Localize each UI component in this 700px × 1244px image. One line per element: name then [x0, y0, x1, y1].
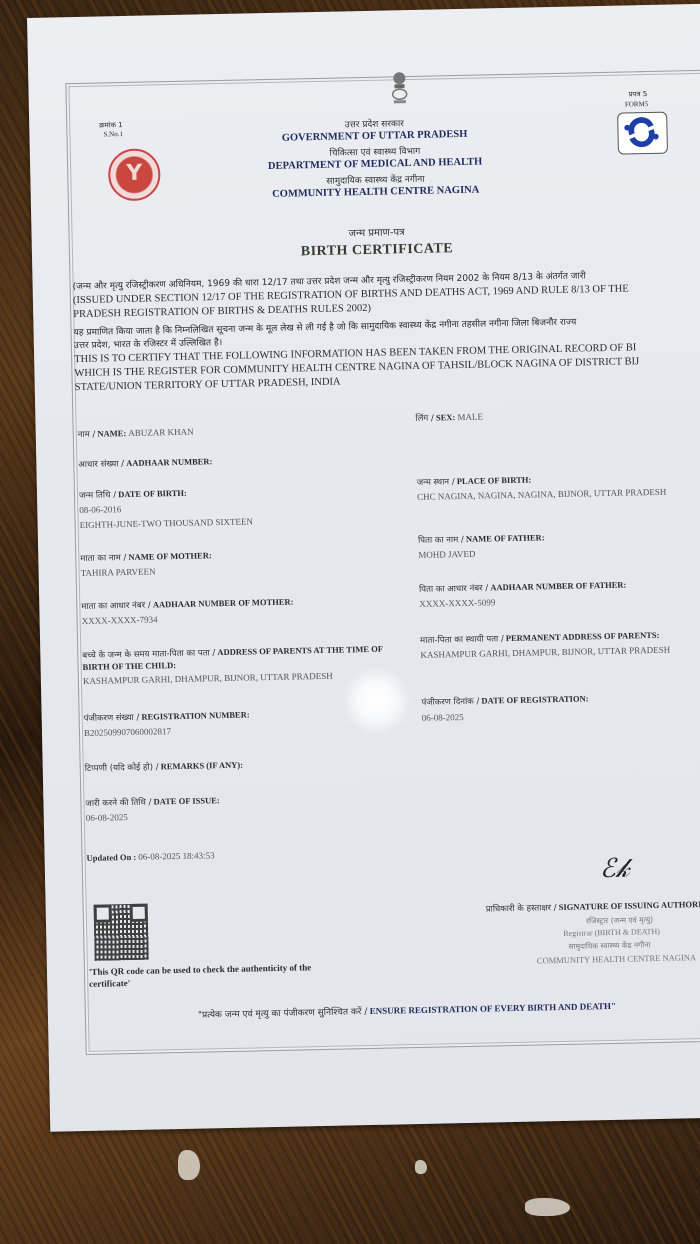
father-aadhaar-label-en: AADHAAR NUMBER OF FATHER: — [490, 580, 626, 593]
sex-label: SEX: — [436, 412, 456, 422]
aadhaar-label: AADHAAR NUMBER: — [126, 456, 212, 468]
floor-stain — [415, 1160, 427, 1174]
mother-aadhaar-value: XXXX-XXXX-7934 — [82, 614, 158, 626]
perm-address-label-hindi: माता-पिता का स्थायी पता / — [420, 634, 504, 646]
remarks-label-en: REMARKS (IF ANY): — [161, 760, 244, 772]
reg-number-label-en: REGISTRATION NUMBER: — [141, 709, 249, 721]
mother-name-label-hindi: माता का नाम / — [80, 553, 126, 564]
form-hindi: प्रपत्र 5 — [629, 90, 648, 99]
sex-field: लिंग / SEX: MALE — [415, 412, 483, 424]
father-name-label-en: NAME OF FATHER: — [466, 532, 545, 544]
dob-label-en: DATE OF BIRTH: — [118, 488, 187, 499]
registrar-hindi: रजिस्ट्रार (जन्म एवं मृत्यु) — [586, 915, 653, 926]
perm-address-label-en: PERMANENT ADDRESS OF PARENTS: — [506, 630, 660, 643]
floor-stain — [178, 1150, 200, 1180]
registration-number-value: B202509907060002817 — [84, 726, 171, 738]
registration-date-value: 06-08-2025 — [422, 712, 464, 723]
dob-label-hindi: जन्म तिथि / — [79, 490, 116, 501]
floor-stain — [525, 1198, 570, 1216]
sex-value: MALE — [457, 412, 483, 423]
pob-label-hindi: जन्म स्थान / — [417, 477, 455, 488]
father-name-value: MOHD JAVED — [418, 549, 475, 560]
signature-icon: ℰ𝓀 — [600, 854, 630, 886]
remarks-label-hindi: टिप्पणी (यदि कोई हो) / — [85, 762, 159, 774]
address-label-en: ADDRESS OF PARENTS AT THE TIME OF — [217, 644, 383, 657]
updated-value: 06-08-2025 18:43:53 — [138, 850, 214, 862]
issue-date-label-en: DATE OF ISSUE: — [153, 795, 219, 806]
dob-value: 08-06-2016 — [79, 504, 121, 515]
signature-label-hindi: प्राधिकारी के हस्ताक्षर / — [486, 903, 557, 914]
reg-number-label-hindi: पंजीकरण संख्या / — [84, 713, 140, 724]
form-number: FORM5 — [625, 100, 649, 108]
national-emblem-icon — [390, 70, 409, 110]
address-label-en-2: BIRTH OF THE CHILD: — [82, 660, 176, 672]
reg-date-label-hindi: पंजीकरण दिनांक / — [421, 697, 479, 708]
birth-certificate: क्रमांक 1 S.No.1 प्रपत्र 5 FORM5 उत्तर प… — [27, 4, 700, 1132]
aadhaar-label-hindi: आधार संख्या / — [78, 459, 124, 470]
mother-aadhaar-label-hindi: माता का आधार नंबर / — [81, 601, 151, 612]
name-label-hindi: नाम / — [78, 430, 96, 440]
issue-date-value: 06-08-2025 — [86, 812, 128, 823]
registrar-centre-hindi: सामुदायिक स्वास्थ्य केंद्र नगीना — [568, 940, 650, 952]
name-label: NAME: — [97, 428, 126, 439]
name-value: ABUZAR KHAN — [128, 427, 193, 438]
qr-code-icon[interactable] — [94, 904, 149, 961]
sex-label-hindi: लिंग / — [415, 414, 434, 424]
mother-aadhaar-label-en: AADHAAR NUMBER OF MOTHER: — [153, 597, 294, 610]
mother-name-label-en: NAME OF MOTHER: — [128, 550, 211, 562]
address-at-birth-label-2: BIRTH OF THE CHILD: — [82, 660, 176, 672]
father-name-label-hindi: पिता का नाम / — [418, 535, 464, 546]
signature-label-en: SIGNATURE OF ISSUING AUTHORITY — [559, 899, 700, 912]
dob-label: जन्म तिथि / DATE OF BIRTH: — [79, 488, 187, 501]
qr-note-2: certificate' — [89, 978, 130, 989]
updated-label: Updated On : — [86, 852, 136, 863]
reg-date-label-en: DATE OF REGISTRATION: — [481, 693, 588, 705]
issue-date-label-hindi: जारी करने की तिथि / — [85, 798, 151, 809]
mother-name-value: TAHIRA PARVEEN — [81, 566, 156, 578]
father-aadhaar-label-hindi: पिता का आधार नंबर / — [419, 583, 488, 594]
father-aadhaar-value: XXXX-XXXX-5099 — [419, 597, 495, 609]
pob-label-en: PLACE OF BIRTH: — [457, 475, 532, 487]
